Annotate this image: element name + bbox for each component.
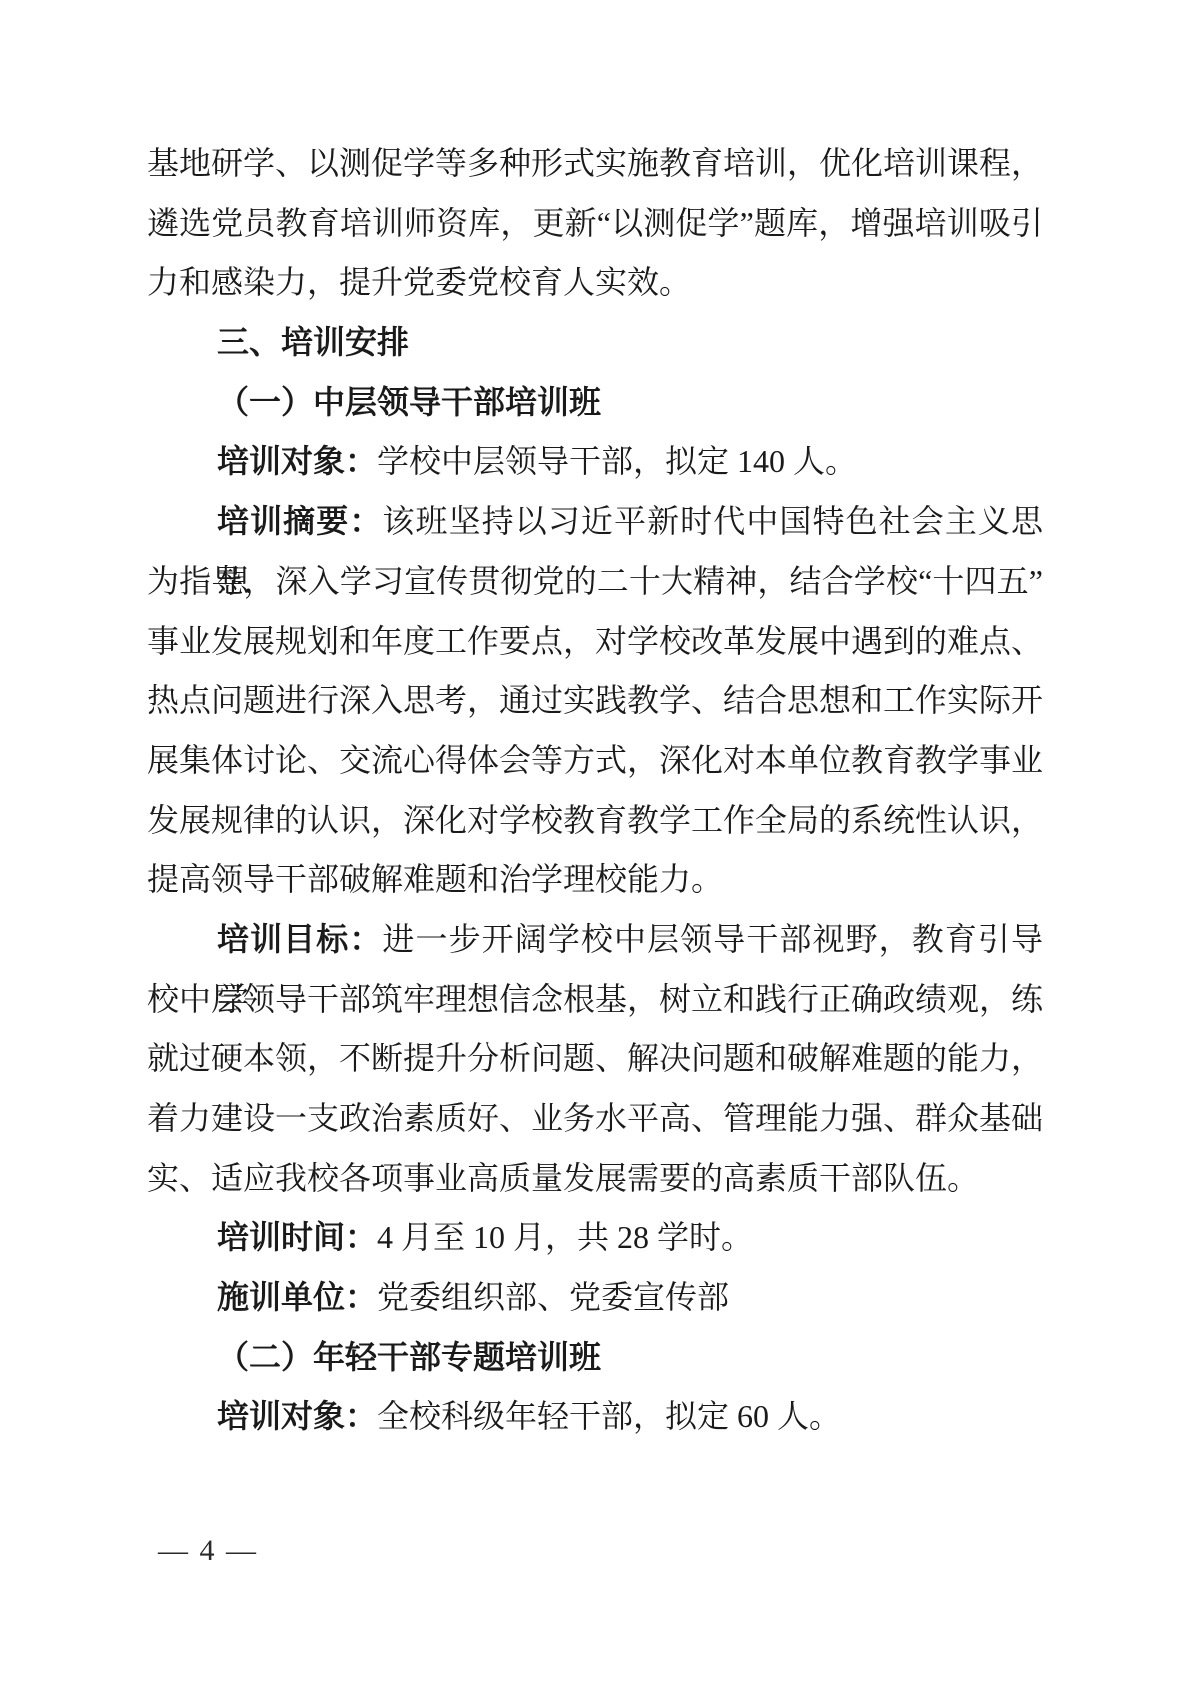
- text-line: 展集体讨论、交流心得体会等方式，深化对本单位教育教学事业: [147, 731, 1043, 791]
- line-text: 全校科级年轻干部，拟定 60 人。: [377, 1398, 841, 1434]
- heading-line: 三、培训安排: [147, 313, 1043, 373]
- line-text: 三、培训安排: [217, 324, 409, 360]
- line-text: 校中层领导干部筑牢理想信念根基，树立和践行正确政绩观，练: [147, 981, 1043, 1017]
- text-line: 培训对象：学校中层领导干部，拟定 140 人。: [147, 432, 1043, 492]
- line-text: 为指导，深入学习宣传贯彻党的二十大精神，结合学校“十四五”: [147, 563, 1043, 599]
- text-line: 为指导，深入学习宣传贯彻党的二十大精神，结合学校“十四五”: [147, 552, 1043, 612]
- field-label: 培训对象：: [217, 443, 377, 479]
- line-text: 党委组织部、党委宣传部: [377, 1279, 729, 1315]
- text-line: 施训单位：党委组织部、党委宣传部: [147, 1268, 1043, 1328]
- text-line: 培训对象：全校科级年轻干部，拟定 60 人。: [147, 1387, 1043, 1447]
- line-text: （一）中层领导干部培训班: [217, 384, 601, 420]
- line-text: 遴选党员教育培训师资库，更新“以测促学”题库，增强培训吸引: [147, 205, 1043, 241]
- text-line: 培训摘要：该班坚持以习近平新时代中国特色社会主义思想: [147, 492, 1043, 552]
- text-line: 就过硬本领，不断提升分析问题、解决问题和破解难题的能力，: [147, 1029, 1043, 1089]
- line-text: 展集体讨论、交流心得体会等方式，深化对本单位教育教学事业: [147, 742, 1043, 778]
- text-line: 力和感染力，提升党委党校育人实效。: [147, 253, 1043, 313]
- line-text: （二）年轻干部专题培训班: [217, 1339, 601, 1375]
- text-line: 提高领导干部破解难题和治学理校能力。: [147, 850, 1043, 910]
- text-line: 培训时间：4 月至 10 月，共 28 学时。: [147, 1208, 1043, 1268]
- field-label: 施训单位：: [217, 1279, 377, 1315]
- line-text: 发展规律的认识，深化对学校教育教学工作全局的系统性认识，: [147, 802, 1043, 838]
- text-line: 事业发展规划和年度工作要点，对学校改革发展中遇到的难点、: [147, 612, 1043, 672]
- text-line: 校中层领导干部筑牢理想信念根基，树立和践行正确政绩观，练: [147, 970, 1043, 1030]
- field-label: 培训目标：: [217, 921, 382, 957]
- line-text: 基地研学、以测促学等多种形式实施教育培训，优化培训课程，: [147, 145, 1043, 181]
- field-label: 培训时间：: [217, 1219, 377, 1255]
- line-text: 实、适应我校各项事业高质量发展需要的高素质干部队伍。: [147, 1160, 979, 1196]
- document-body: 基地研学、以测促学等多种形式实施教育培训，优化培训课程，遴选党员教育培训师资库，…: [147, 134, 1043, 1447]
- line-text: 提高领导干部破解难题和治学理校能力。: [147, 861, 723, 897]
- text-line: 发展规律的认识，深化对学校教育教学工作全局的系统性认识，: [147, 791, 1043, 851]
- heading-line: （一）中层领导干部培训班: [147, 373, 1043, 433]
- line-text: 4 月至 10 月，共 28 学时。: [377, 1219, 753, 1255]
- text-line: 遴选党员教育培训师资库，更新“以测促学”题库，增强培训吸引: [147, 194, 1043, 254]
- text-line: 培训目标：进一步开阔学校中层领导干部视野，教育引导学: [147, 910, 1043, 970]
- text-line: 热点问题进行深入思考，通过实践教学、结合思想和工作实际开: [147, 671, 1043, 731]
- field-label: 培训摘要：: [217, 503, 382, 539]
- document-page: 基地研学、以测促学等多种形式实施教育培训，优化培训课程，遴选党员教育培训师资库，…: [0, 0, 1190, 1683]
- text-line: 着力建设一支政治素质好、业务水平高、管理能力强、群众基础: [147, 1089, 1043, 1149]
- page-number: — 4 —: [158, 1534, 258, 1568]
- line-text: 热点问题进行深入思考，通过实践教学、结合思想和工作实际开: [147, 682, 1043, 718]
- text-line: 实、适应我校各项事业高质量发展需要的高素质干部队伍。: [147, 1149, 1043, 1209]
- line-text: 力和感染力，提升党委党校育人实效。: [147, 264, 691, 300]
- line-text: 就过硬本领，不断提升分析问题、解决问题和破解难题的能力，: [147, 1040, 1043, 1076]
- field-label: 培训对象：: [217, 1398, 377, 1434]
- line-text: 着力建设一支政治素质好、业务水平高、管理能力强、群众基础: [147, 1100, 1043, 1136]
- line-text: 事业发展规划和年度工作要点，对学校改革发展中遇到的难点、: [147, 623, 1043, 659]
- text-line: 基地研学、以测促学等多种形式实施教育培训，优化培训课程，: [147, 134, 1043, 194]
- heading-line: （二）年轻干部专题培训班: [147, 1328, 1043, 1388]
- line-text: 学校中层领导干部，拟定 140 人。: [377, 443, 857, 479]
